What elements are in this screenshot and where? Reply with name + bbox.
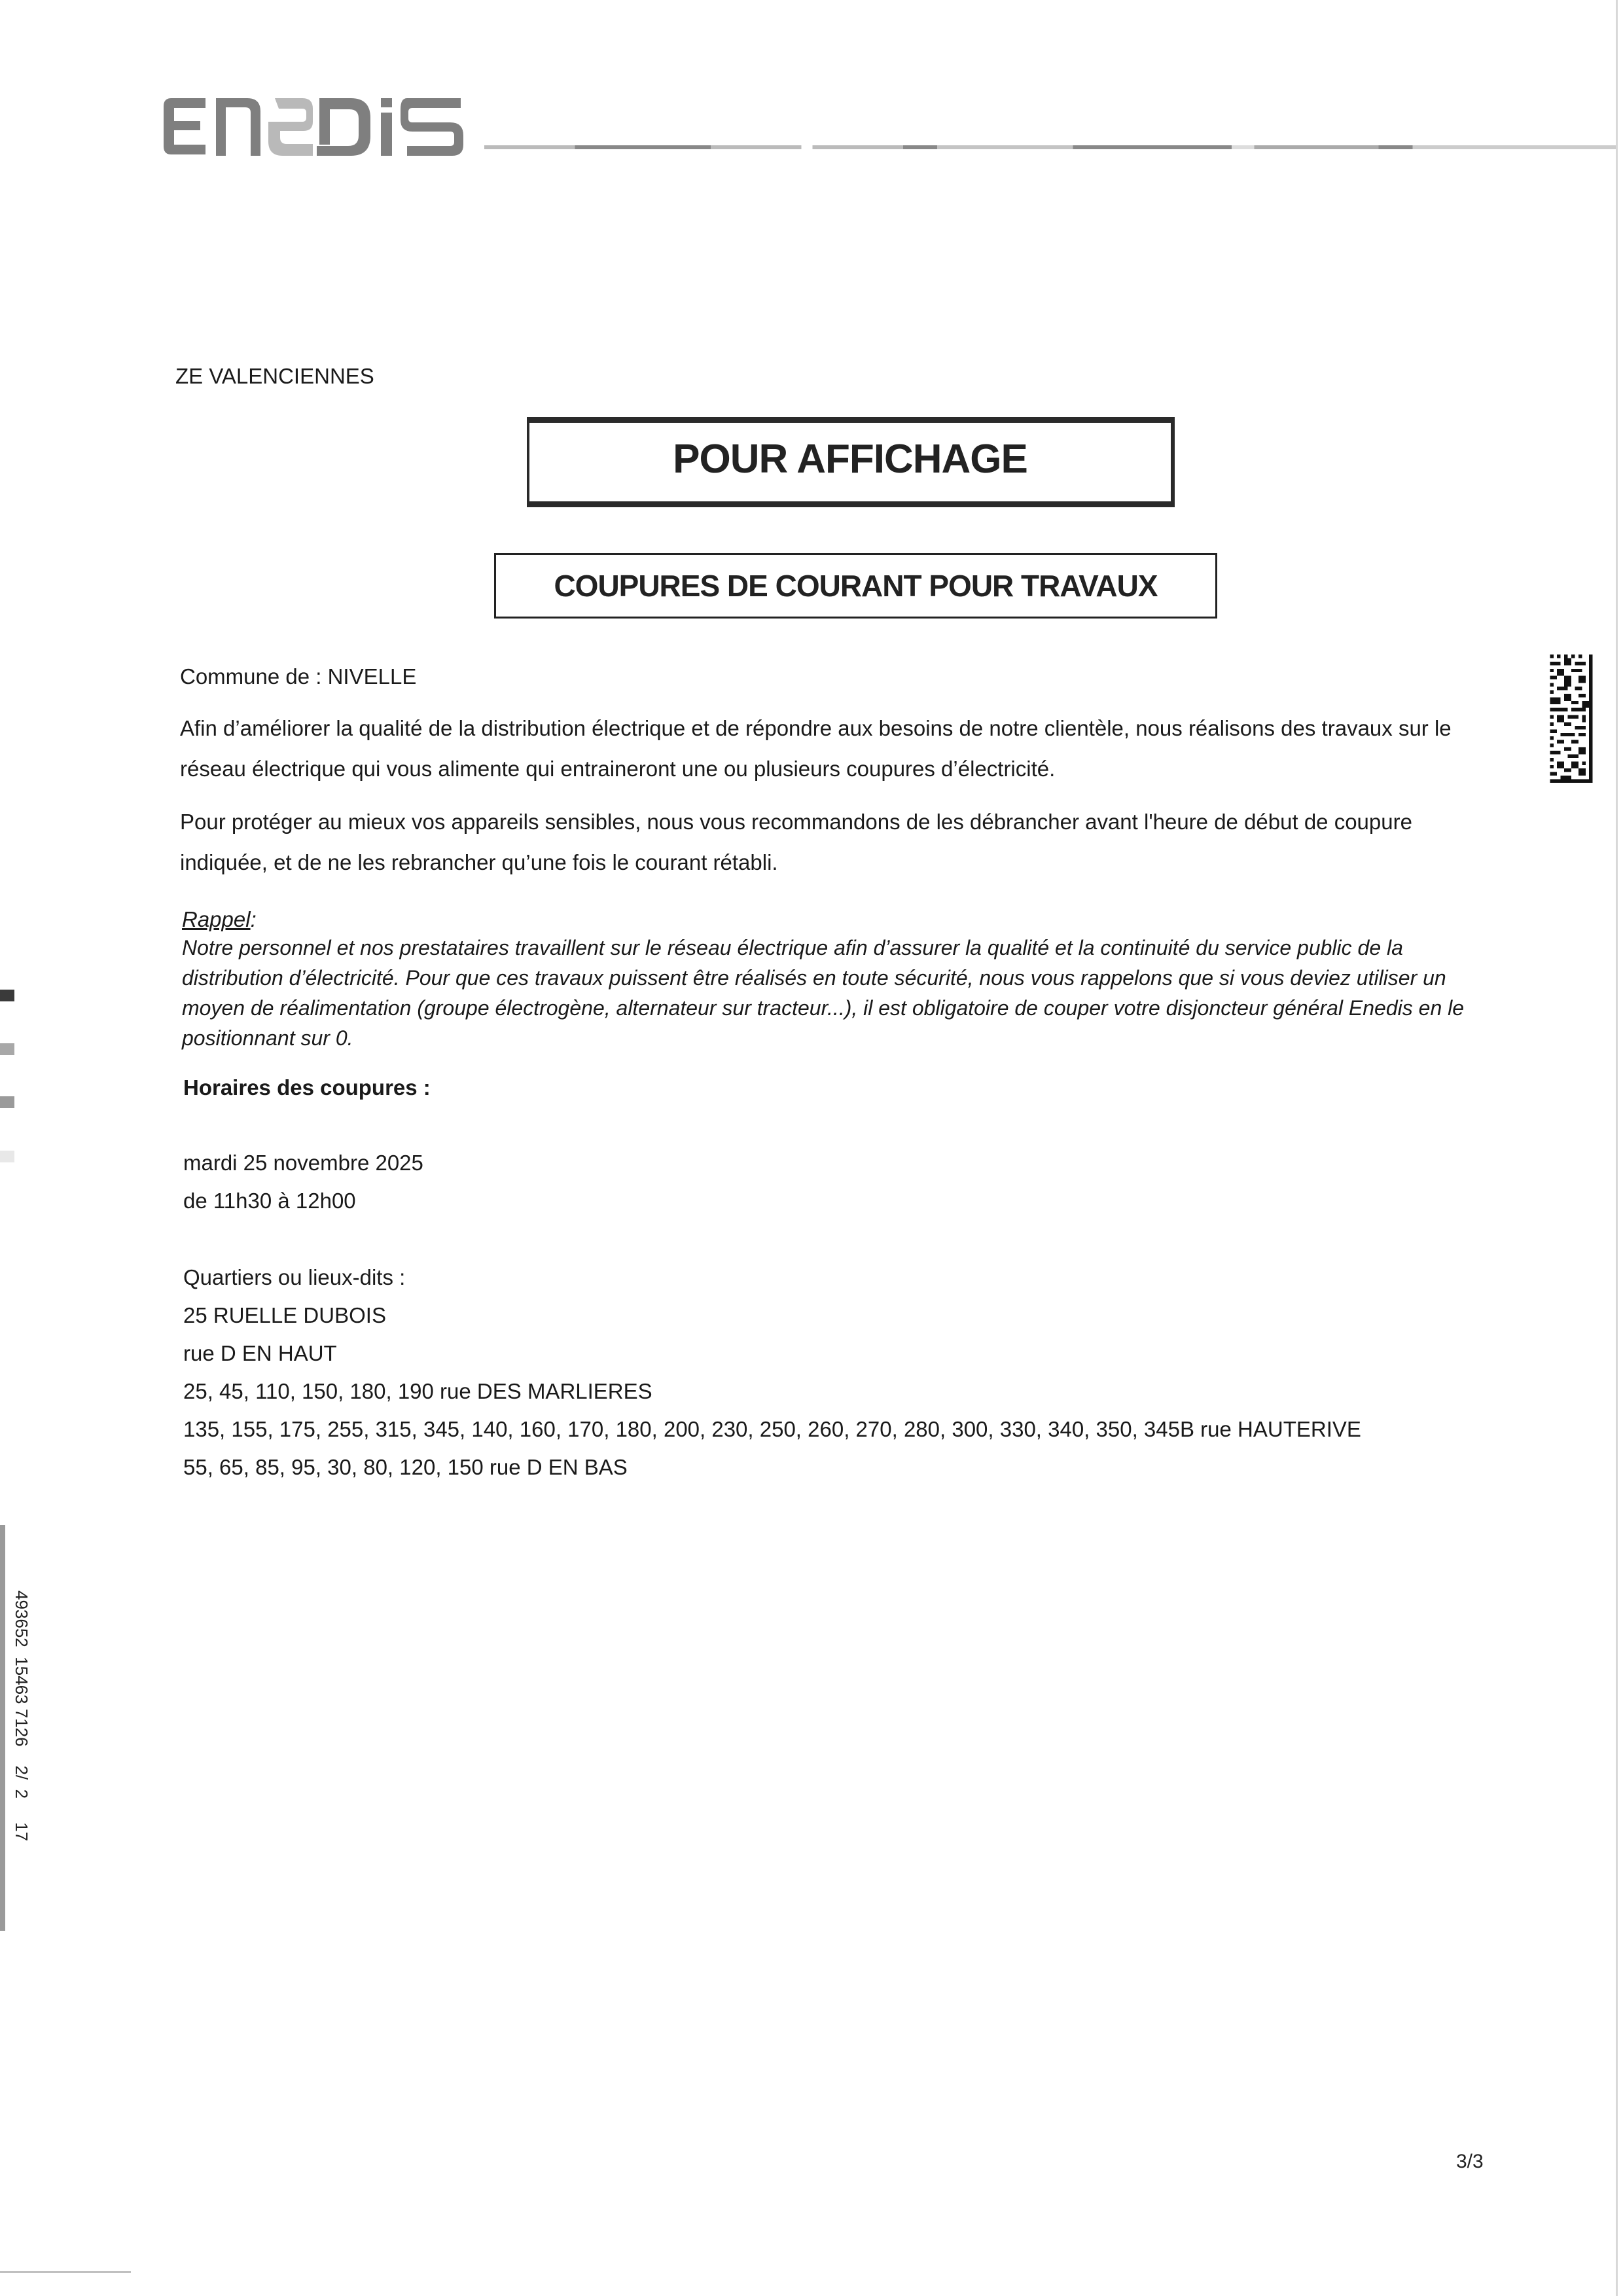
place-item: 25, 45, 110, 150, 180, 190 rue DES MARLI… (183, 1372, 652, 1410)
registration-mark (0, 1043, 14, 1055)
intro-paragraph: Afin d’améliorer la qualité de la distri… (180, 708, 1489, 789)
zone-label: ZE VALENCIENNES (175, 357, 374, 395)
places-heading: Quartiers ou lieux-dits : (183, 1259, 405, 1297)
scan-edge (1616, 0, 1618, 2296)
rappel-text: Notre personnel et nos prestataires trav… (182, 933, 1504, 1053)
page-number: 3/3 (1456, 2151, 1484, 2173)
side-code-text: 493652 15463 7126 2/ 2 17 (11, 1590, 31, 1841)
commune-label: Commune de : NIVELLE (180, 658, 416, 696)
advice-paragraph: Pour protéger au mieux vos appareils sen… (180, 802, 1489, 883)
title-box: POUR AFFICHAGE (527, 417, 1175, 507)
outage-date: mardi 25 novembre 2025 (183, 1144, 423, 1182)
registration-mark (0, 1151, 14, 1162)
subtitle-text: COUPURES DE COURANT POUR TRAVAUX (554, 568, 1157, 603)
outage-time: de 11h30 à 12h00 (183, 1182, 356, 1220)
rappel-label: Rappel (182, 907, 251, 931)
registration-mark (0, 990, 14, 1001)
schedule-heading: Horaires des coupures : (183, 1069, 431, 1107)
enedis-logo (164, 98, 465, 157)
datamatrix-code-icon (1550, 655, 1593, 783)
scan-edge-left (0, 1525, 5, 1931)
rappel-heading: Rappel : (182, 906, 257, 933)
place-item: 55, 65, 85, 95, 30, 80, 120, 150 rue D E… (183, 1448, 628, 1486)
enedis-logo-icon (164, 97, 465, 157)
place-item: 135, 155, 175, 255, 315, 345, 140, 160, … (183, 1410, 1361, 1448)
title-text: POUR AFFICHAGE (673, 436, 1027, 482)
subtitle-box: COUPURES DE COURANT POUR TRAVAUX (494, 553, 1217, 619)
registration-mark (0, 1096, 14, 1108)
footer-rule (0, 2271, 131, 2273)
side-reference-code: 493652 15463 7126 2/ 2 17 (5, 1590, 31, 1865)
rappel-label-suffix: : (251, 906, 257, 933)
header-rule (484, 145, 1616, 149)
place-item: 25 RUELLE DUBOIS (183, 1297, 386, 1335)
place-item: rue D EN HAUT (183, 1335, 337, 1372)
